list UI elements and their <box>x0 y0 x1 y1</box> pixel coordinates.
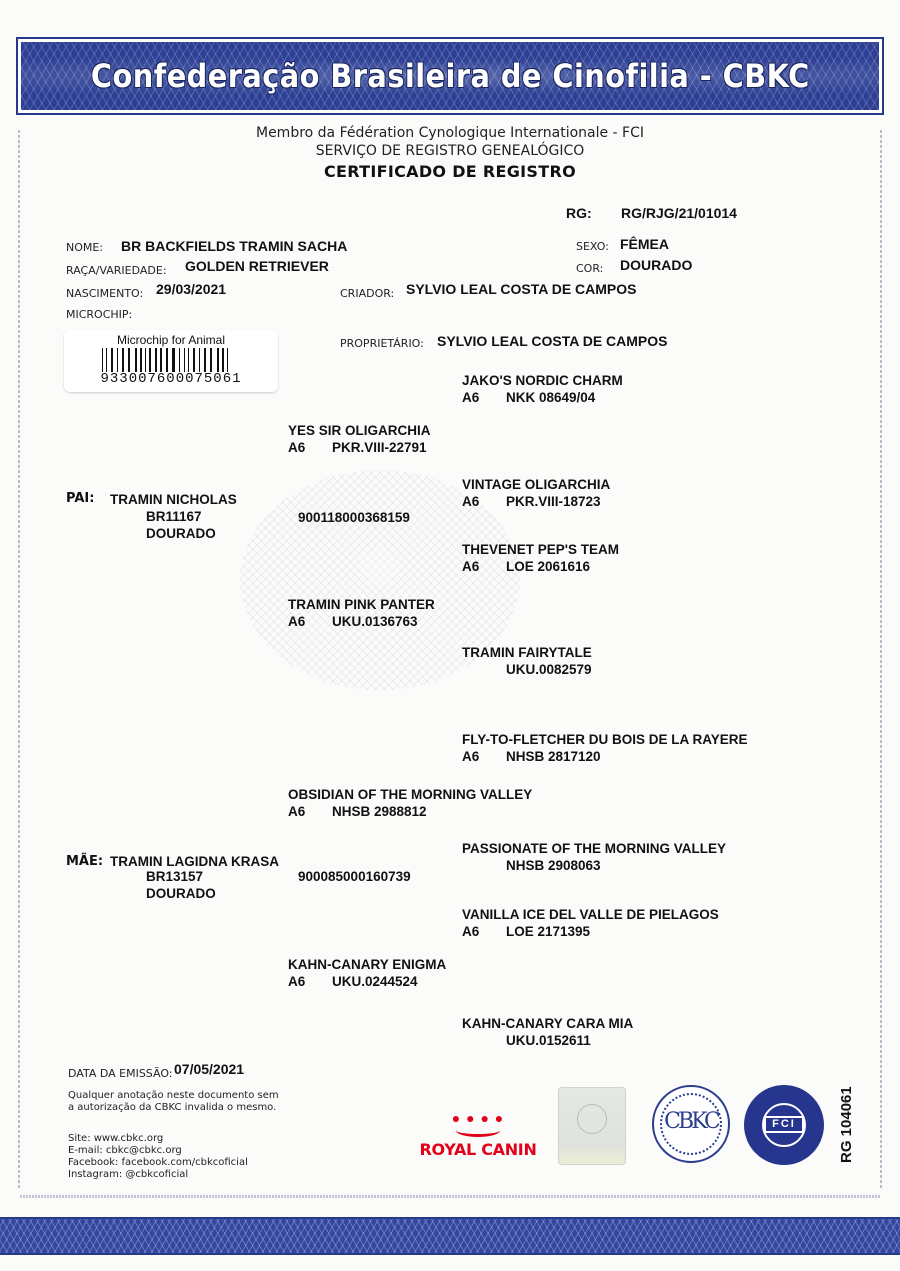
ancestor-grade: A6 <box>288 803 332 820</box>
grandparent-entry: TRAMIN PINK PANTER A6UKU.0136763 <box>288 596 435 630</box>
dog-owner: SYLVIO LEAL COSTA DE CAMPOS <box>437 333 668 349</box>
header-banner: Confederação Brasileira de Cinofilia - C… <box>16 37 884 115</box>
sire-name: TRAMIN NICHOLAS <box>110 491 237 508</box>
grandparent-entry: YES SIR OLIGARCHIA A6PKR.VIII-22791 <box>288 422 431 456</box>
right-security-border <box>880 130 882 1190</box>
ancestor-name: TRAMIN PINK PANTER <box>288 596 435 613</box>
ancestor-registration: LOE 2171395 <box>506 923 590 940</box>
contact-info: Site: www.cbkc.org E-mail: cbkc@cbkc.org… <box>68 1133 248 1181</box>
sex-label: SEXO: <box>576 240 609 253</box>
ancestor-name: THEVENET PEP'S TEAM <box>462 541 619 558</box>
ancestor-name: JAKO'S NORDIC CHARM <box>462 372 623 389</box>
banner-title: Confederação Brasileira de Cinofilia - C… <box>91 57 810 95</box>
dam-label: MÃE: <box>66 854 103 869</box>
notice-line-2: a autorização da CBKC invalida o mesmo. <box>68 1102 279 1114</box>
sponsor-name: ROYAL CANIN <box>416 1140 540 1159</box>
great-grandparent-entry: VANILLA ICE DEL VALLE DE PIELAGOS A6LOE … <box>462 906 719 940</box>
issue-date: 07/05/2021 <box>174 1061 244 1077</box>
breeder-label: CRIADOR: <box>340 287 394 300</box>
ancestor-registration: UKU.0082579 <box>506 661 592 678</box>
fci-label: FCI <box>764 1116 804 1133</box>
dog-birth-date: 29/03/2021 <box>156 281 226 297</box>
microchip-sticker: Microchip for Animal 933007600075061 <box>64 330 278 392</box>
cbkc-monogram: CBKC <box>654 1109 728 1134</box>
ancestor-name: KAHN-CANARY CARA MIA <box>462 1015 633 1032</box>
dam-color: DOURADO <box>146 885 216 902</box>
great-grandparent-entry: TRAMIN FAIRYTALE UKU.0082579 <box>462 644 592 678</box>
ancestor-name: FLY-TO-FLETCHER DU BOIS DE LA RAYERE <box>462 731 748 748</box>
great-grandparent-entry: THEVENET PEP'S TEAM A6LOE 2061616 <box>462 541 619 575</box>
ancestor-grade: A6 <box>462 748 506 765</box>
ancestor-registration: NHSB 2908063 <box>506 857 601 874</box>
ancestor-name: PASSIONATE OF THE MORNING VALLEY <box>462 840 726 857</box>
ancestor-name: VINTAGE OLIGARCHIA <box>462 476 610 493</box>
owner-label: PROPRIETÁRIO: <box>340 337 424 350</box>
dog-sex: FÊMEA <box>620 236 669 252</box>
dog-color: DOURADO <box>620 257 692 273</box>
ancestor-name: TRAMIN FAIRYTALE <box>462 644 592 661</box>
sire-label: PAI: <box>66 491 94 506</box>
notice-line-1: Qualquer anotação neste documento sem <box>68 1090 279 1102</box>
issue-date-label: DATA DA EMISSÃO: <box>68 1067 173 1080</box>
royal-canin-logo: ● ● ● ● ROYAL CANIN <box>416 1112 540 1162</box>
site-link[interactable]: Site: www.cbkc.org <box>68 1133 248 1145</box>
ancestor-grade: A6 <box>288 439 332 456</box>
banner-guilloche: Confederação Brasileira de Cinofilia - C… <box>21 42 879 110</box>
microchip-label: MICROCHIP: <box>66 308 132 321</box>
facebook-link[interactable]: Facebook: facebook.com/cbkcoficial <box>68 1157 248 1169</box>
security-microtext-line <box>20 1195 880 1198</box>
ancestor-grade: A6 <box>462 389 506 406</box>
ancestor-registration: UKU.0244524 <box>332 973 418 990</box>
color-label: COR: <box>576 262 603 275</box>
document-title: CERTIFICADO DE REGISTRO <box>0 162 900 181</box>
grandparent-entry: KAHN-CANARY ENIGMA A6UKU.0244524 <box>288 956 446 990</box>
ancestor-name: KAHN-CANARY ENIGMA <box>288 956 446 973</box>
bottom-guilloche-band <box>0 1217 900 1255</box>
ancestor-registration: LOE 2061616 <box>506 558 590 575</box>
rg-label: RG: <box>566 205 592 221</box>
ancestor-registration: UKU.0152611 <box>506 1032 591 1049</box>
service-line: SERVIÇO DE REGISTRO GENEALÓGICO <box>0 143 900 159</box>
ancestor-grade <box>462 1032 506 1049</box>
great-grandparent-entry: JAKO'S NORDIC CHARM A6NKK 08649/04 <box>462 372 623 406</box>
dog-breed: GOLDEN RETRIEVER <box>185 258 329 274</box>
serial-number: RG 104061 <box>838 1086 855 1163</box>
email-link[interactable]: E-mail: cbkc@cbkc.org <box>68 1145 248 1157</box>
ancestor-grade: A6 <box>462 493 506 510</box>
dam-registration: BR13157 <box>146 868 203 885</box>
microchip-sticker-title: Microchip for Animal <box>64 333 278 347</box>
sire-microchip: 900118000368159 <box>298 509 410 526</box>
notice-text: Qualquer anotação neste documento sem a … <box>68 1090 279 1114</box>
breed-label: RAÇA/VARIEDADE: <box>66 264 167 277</box>
ancestor-registration: NKK 08649/04 <box>506 389 595 406</box>
ancestor-grade <box>462 661 506 678</box>
microchip-number: 933007600075061 <box>64 371 278 387</box>
ancestor-name: OBSIDIAN OF THE MORNING VALLEY <box>288 786 532 803</box>
great-grandparent-entry: FLY-TO-FLETCHER DU BOIS DE LA RAYERE A6N… <box>462 731 748 765</box>
hologram-seal <box>558 1087 626 1165</box>
ancestor-registration: PKR.VIII-22791 <box>332 439 427 456</box>
ancestor-grade <box>462 857 506 874</box>
crown-icon: ● ● ● ● <box>416 1112 540 1124</box>
dog-name: BR BACKFIELDS TRAMIN SACHA <box>121 238 347 254</box>
hologram-emblem-icon <box>577 1104 607 1134</box>
ancestor-registration: UKU.0136763 <box>332 613 418 630</box>
ancestor-grade: A6 <box>288 613 332 630</box>
fci-seal-logo: FCI <box>744 1085 824 1165</box>
great-grandparent-entry: PASSIONATE OF THE MORNING VALLEY NHSB 29… <box>462 840 726 874</box>
sire-registration: BR11167 <box>146 508 202 525</box>
cbkc-seal-logo: CBKC <box>652 1085 730 1163</box>
great-grandparent-entry: VINTAGE OLIGARCHIA A6PKR.VIII-18723 <box>462 476 610 510</box>
grandparent-entry: OBSIDIAN OF THE MORNING VALLEY A6NHSB 29… <box>288 786 532 820</box>
dog-breeder: SYLVIO LEAL COSTA DE CAMPOS <box>406 281 637 297</box>
ancestor-name: VANILLA ICE DEL VALLE DE PIELAGOS <box>462 906 719 923</box>
left-security-border <box>18 130 20 1190</box>
barcode-icon <box>102 348 244 372</box>
ancestor-registration: NHSB 2817120 <box>506 748 601 765</box>
instagram-link[interactable]: Instagram: @cbkcoficial <box>68 1169 248 1181</box>
rg-value: RG/RJG/21/01014 <box>621 205 737 221</box>
name-label: NOME: <box>66 241 103 254</box>
sire-color: DOURADO <box>146 525 216 542</box>
ancestor-name: YES SIR OLIGARCHIA <box>288 422 431 439</box>
fci-member-line: Membro da Fédération Cynologique Interna… <box>0 125 900 141</box>
ancestor-registration: NHSB 2988812 <box>332 803 427 820</box>
ancestor-grade: A6 <box>462 558 506 575</box>
birth-label: NASCIMENTO: <box>66 287 143 300</box>
ancestor-registration: PKR.VIII-18723 <box>506 493 601 510</box>
great-grandparent-entry: KAHN-CANARY CARA MIA UKU.0152611 <box>462 1015 633 1049</box>
dam-microchip: 900085000160739 <box>298 868 411 885</box>
ancestor-grade: A6 <box>462 923 506 940</box>
ancestor-grade: A6 <box>288 973 332 990</box>
